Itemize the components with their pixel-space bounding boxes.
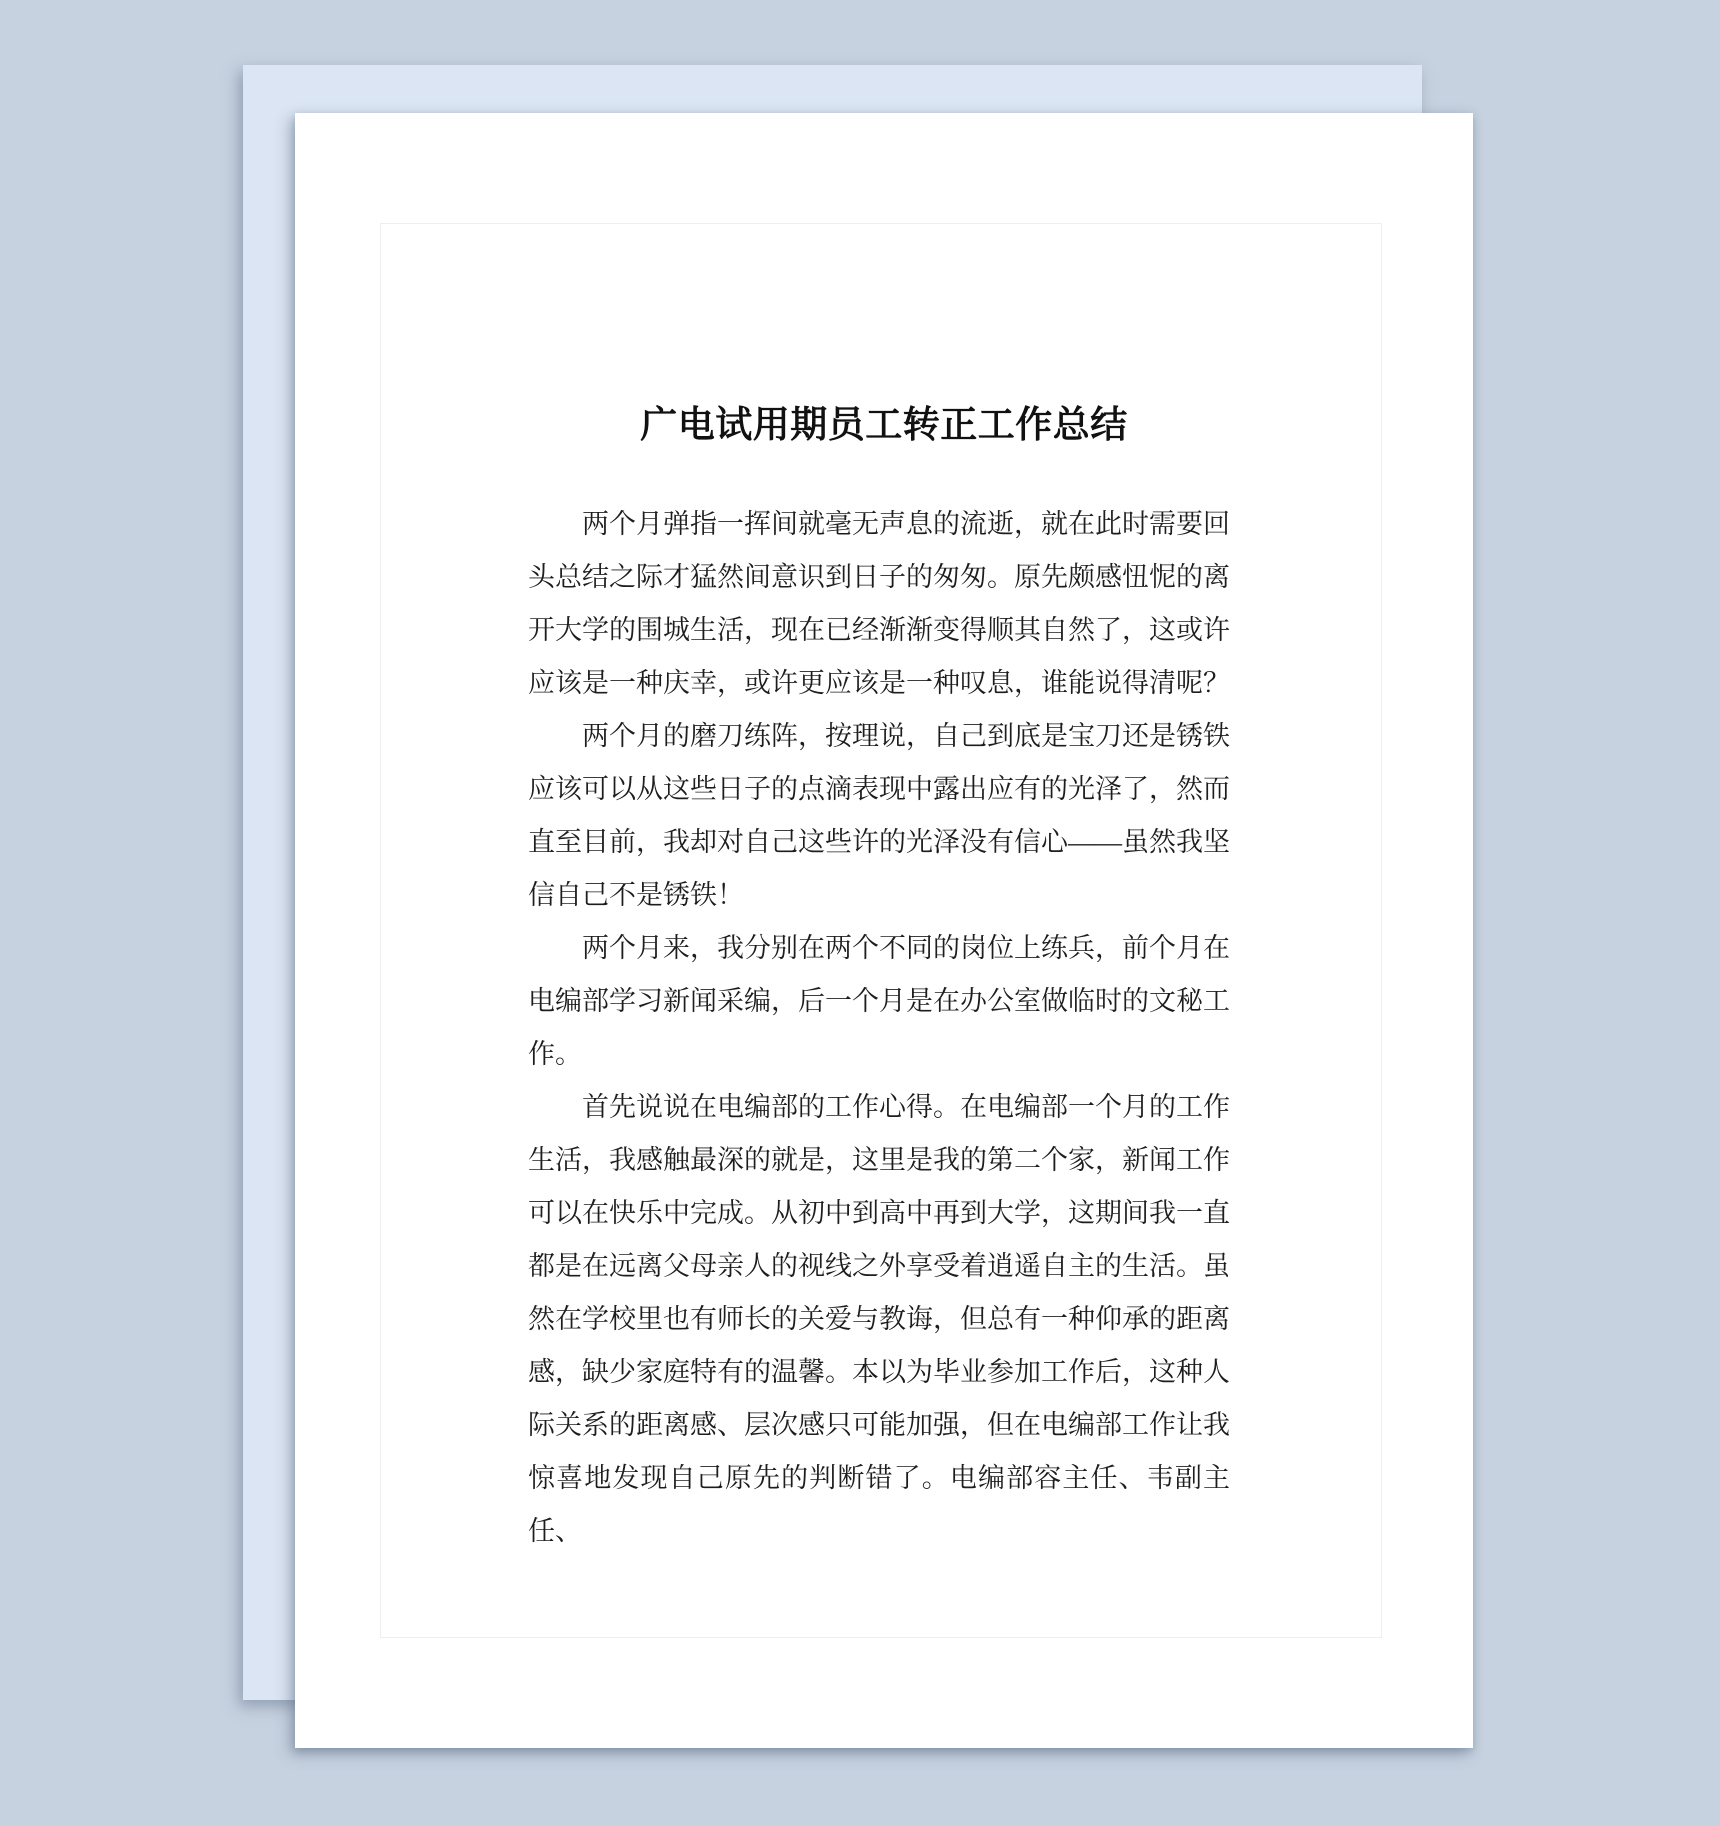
- paragraph: 两个月来，我分别在两个不同的岗位上练兵，前个月在电编部学习新闻采编，后一个月是在…: [528, 922, 1230, 1081]
- document-title: 广电试用期员工转正工作总结: [295, 401, 1473, 449]
- paragraph: 两个月弹指一挥间就毫无声息的流逝，就在此时需要回头总结之际才猛然间意识到日子的匆…: [528, 498, 1230, 710]
- paragraph: 两个月的磨刀练阵，按理说，自己到底是宝刀还是锈铁应该可以从这些日子的点滴表现中露…: [528, 710, 1230, 922]
- paragraph: 首先说说在电编部的工作心得。在电编部一个月的工作生活，我感触最深的就是，这里是我…: [528, 1081, 1230, 1558]
- document-body: 两个月弹指一挥间就毫无声息的流逝，就在此时需要回头总结之际才猛然间意识到日子的匆…: [528, 498, 1230, 1558]
- desktop-background: { "document": { "title": "广电试用期员工转正工作总结"…: [0, 0, 1720, 1826]
- document-page: 广电试用期员工转正工作总结 两个月弹指一挥间就毫无声息的流逝，就在此时需要回头总…: [295, 113, 1473, 1748]
